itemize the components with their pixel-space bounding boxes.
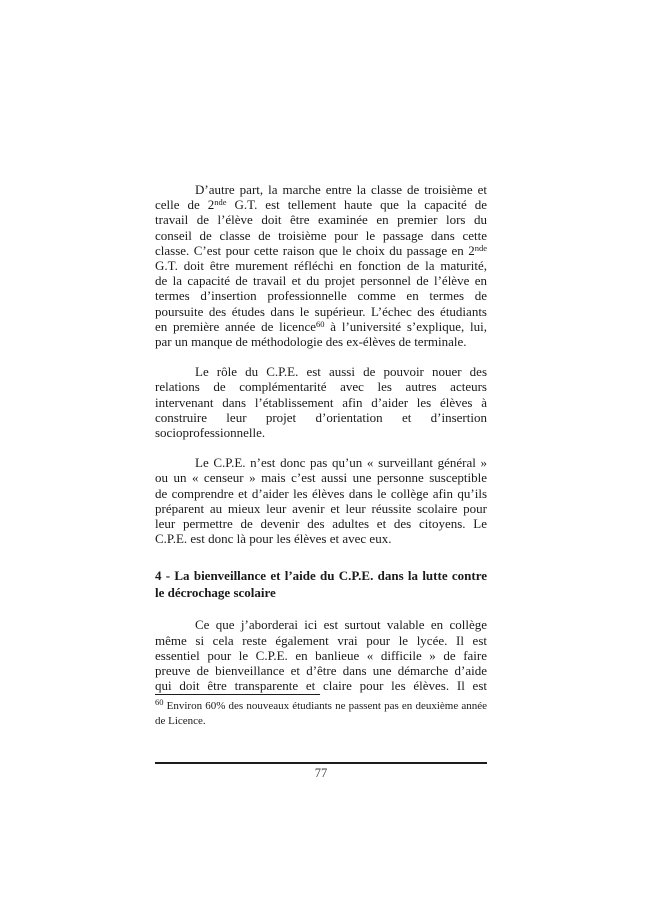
text-line: leur permettre de devenir des adultes et… <box>155 516 487 531</box>
text-line: 4 - La bienveillance et l’aide du C.P.E.… <box>155 567 487 584</box>
text-line: préparent au mieux leur avenir et leur r… <box>155 501 487 516</box>
text-line: Ce que j’aborderai ici est surtout valab… <box>155 617 487 632</box>
paragraph-5: Ce que j’aborderai ici est surtout valab… <box>155 617 487 693</box>
text-line: socioprofessionnelle. <box>155 425 487 440</box>
footer-rule <box>155 762 487 764</box>
text-line: conseil de classe de troisième pour le p… <box>155 228 487 243</box>
text-line: travail de l’élève doit être examinée en… <box>155 212 487 227</box>
footnote-text: 60 Environ 60% des nouveaux étudiants ne… <box>155 699 487 729</box>
page-body-text: D’autre part, la marche entre la classe … <box>155 182 487 708</box>
text-line: même si cela reste également vrai pour l… <box>155 633 487 648</box>
text-line: C.P.E. est donc là pour les élèves et av… <box>155 531 487 546</box>
text-line: ou un « censeur » mais c’est aussi une p… <box>155 470 487 485</box>
paragraph-3: Le C.P.E. n’est donc pas qu’un « surveil… <box>155 455 487 546</box>
paragraph-1: D’autre part, la marche entre la classe … <box>155 182 487 349</box>
text-line: termes d’insertion professionnelle comme… <box>155 288 487 303</box>
text-line: classe. C’est pour cette raison que le c… <box>155 243 487 258</box>
footnote-separator-rule <box>155 694 320 695</box>
text-line: celle de 2nde G.T. est tellement haute q… <box>155 197 487 212</box>
text-line: D’autre part, la marche entre la classe … <box>155 182 487 197</box>
text-line: relations de complémentarité avec les au… <box>155 379 487 394</box>
section-heading-4: 4 - La bienveillance et l’aide du C.P.E.… <box>155 567 487 601</box>
text-line: intervenant dans l’établissement afin d’… <box>155 395 487 410</box>
superscript: 60 <box>155 697 164 707</box>
superscript: 60 <box>316 319 325 329</box>
text-line: construire leur projet d’orientation et … <box>155 410 487 425</box>
text-line: le décrochage scolaire <box>155 584 487 601</box>
footnote-area: 60 Environ 60% des nouveaux étudiants ne… <box>155 694 487 729</box>
text-line: G.T. doit être murement réfléchi en fonc… <box>155 258 487 273</box>
document-page: D’autre part, la marche entre la classe … <box>0 0 650 920</box>
text-line: par un manque de méthodologie des ex-élè… <box>155 334 487 349</box>
page-number: 77 <box>155 766 487 781</box>
text-line: Le rôle du C.P.E. est aussi de pouvoir n… <box>155 364 487 379</box>
footnote-line: 60 Environ 60% des nouveaux étudiants ne… <box>155 699 487 714</box>
text-line: Le C.P.E. n’est donc pas qu’un « surveil… <box>155 455 487 470</box>
paragraph-2: Le rôle du C.P.E. est aussi de pouvoir n… <box>155 364 487 440</box>
footnote-line: de Licence. <box>155 714 487 729</box>
text-line: de la capacité de travail et du projet p… <box>155 273 487 288</box>
superscript: nde <box>475 243 487 253</box>
text-line: essentiel pour le C.P.E. en banlieue « d… <box>155 648 487 663</box>
text-line: en première année de licence60 à l’unive… <box>155 319 487 334</box>
text-line: preuve de bienveillance et d’être dans u… <box>155 663 487 678</box>
page-footer: 77 <box>155 762 487 781</box>
superscript: nde <box>214 197 226 207</box>
text-line: poursuite des études dans le supérieur. … <box>155 304 487 319</box>
text-line: de comprendre et d’aider les élèves dans… <box>155 486 487 501</box>
text-line: qui doit être transparente et claire pou… <box>155 678 487 693</box>
